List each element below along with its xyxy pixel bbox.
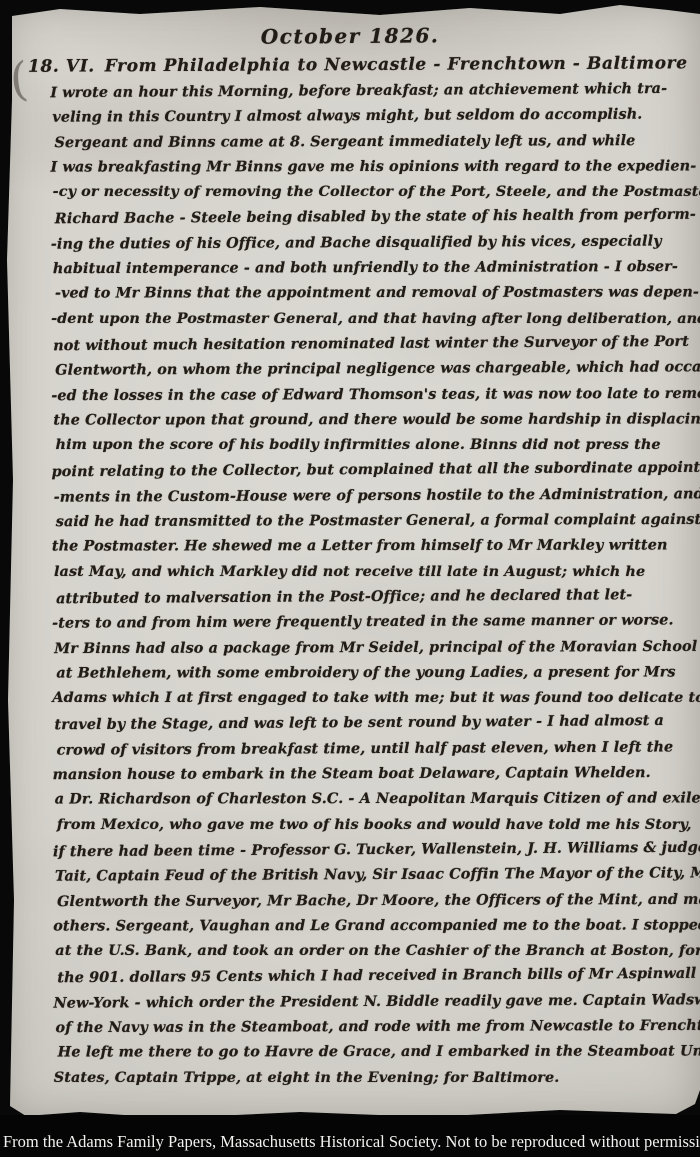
manuscript-line: a Dr. Richardson of Charleston S.C. - A … [55,786,697,812]
manuscript-line: -cy or necessity of removing the Collect… [53,179,695,204]
manuscript-line: others. Sergeant, Vaughan and Le Grand a… [53,912,695,938]
manuscript-line: of the Navy was in the Steamboat, and ro… [56,1013,698,1041]
manuscript-page: October 1826. ( 18. VI.From Philadelphia… [0,0,700,1122]
manuscript-line: -ing the duties of his Office, and Bache… [51,228,693,257]
entry-number: 18. VI. [28,56,95,76]
manuscript-line: New-York - which order the President N. … [53,987,695,1016]
margin-paren-mark: ( [8,51,31,106]
manuscript-line: said he had transmitted to the Postmaste… [56,507,698,535]
manuscript-line: from Mexico, who gave me two of his book… [57,812,699,837]
manuscript-line: -ments in the Custom-House were of perso… [54,481,696,510]
manuscript-line: at Bethlehem, with some embroidery of th… [56,659,698,685]
caption-text: From the Adams Family Papers, Massachuse… [3,1132,700,1152]
manuscript-line: him upon the score of his bodily infirmi… [56,432,698,457]
manuscript-line: at the U.S. Bank, and took an order on t… [55,938,697,963]
manuscript-line: Glentworth the Surveyor, Mr Bache, Dr Mo… [57,886,699,914]
manuscript-line: the Collector upon that ground, and ther… [53,406,695,432]
manuscript-line: Tait, Captain Feud of the British Navy, … [55,861,697,890]
photo-frame: October 1826. ( 18. VI.From Philadelphia… [0,0,700,1157]
manuscript-lines: I wrote an hour this Morning, before bre… [50,77,696,1091]
manuscript-line: He left me there to go to Havre de Grace… [58,1039,700,1065]
manuscript-line: point relating to the Collector, but com… [52,455,694,485]
manuscript-line: habitual intemperance - and both unfrien… [53,254,695,282]
entry-heading: 18. VI.From Philadelphia to Newcastle - … [28,53,700,77]
manuscript-line: last May, and which Markley did not rece… [54,559,696,584]
manuscript-line: Richard Bache - Steele being disabled by… [55,202,697,232]
date-heading: October 1826. [0,0,700,50]
caption-bar: From the Adams Family Papers, Massachuse… [0,1115,700,1157]
manuscript-line: Sergeant and Binns came at 8. Sergeant i… [54,127,696,155]
manuscript-line: Glentworth, on whom the principal neglig… [55,355,697,384]
entry-title: From Philadelphia to Newcastle - Frencht… [105,53,688,76]
manuscript-line: mansion house to embark in the Steam boa… [53,760,695,788]
manuscript-line: -dent upon the Postmaster General, and t… [51,306,693,331]
manuscript-line: the Postmaster. He shewed me a Letter fr… [52,533,694,559]
manuscript-line: -ters to and from him were frequently tr… [52,608,694,637]
manuscript-line: crowd of visitors from breakfast time, u… [57,734,699,763]
manuscript-line: -ed the losses in the case of Edward Tho… [51,380,693,408]
manuscript-line: veling in this Country I almost always m… [52,102,694,131]
manuscript-line: the 901. dollars 95 Cents which I had re… [57,961,699,991]
manuscript-line: travel by the Stage, and was left to be … [54,708,696,738]
manuscript-line: Adams which I at first engaged to take w… [52,685,694,710]
manuscript-line: States, Captain Trippe, at eight in the … [54,1065,696,1090]
manuscript-line: Mr Binns had also a package from Mr Seid… [54,633,696,661]
manuscript-line: -ved to Mr Binns that the appointment an… [55,280,697,306]
manuscript-line: I was breakfasting Mr Binns gave me his … [51,153,693,179]
